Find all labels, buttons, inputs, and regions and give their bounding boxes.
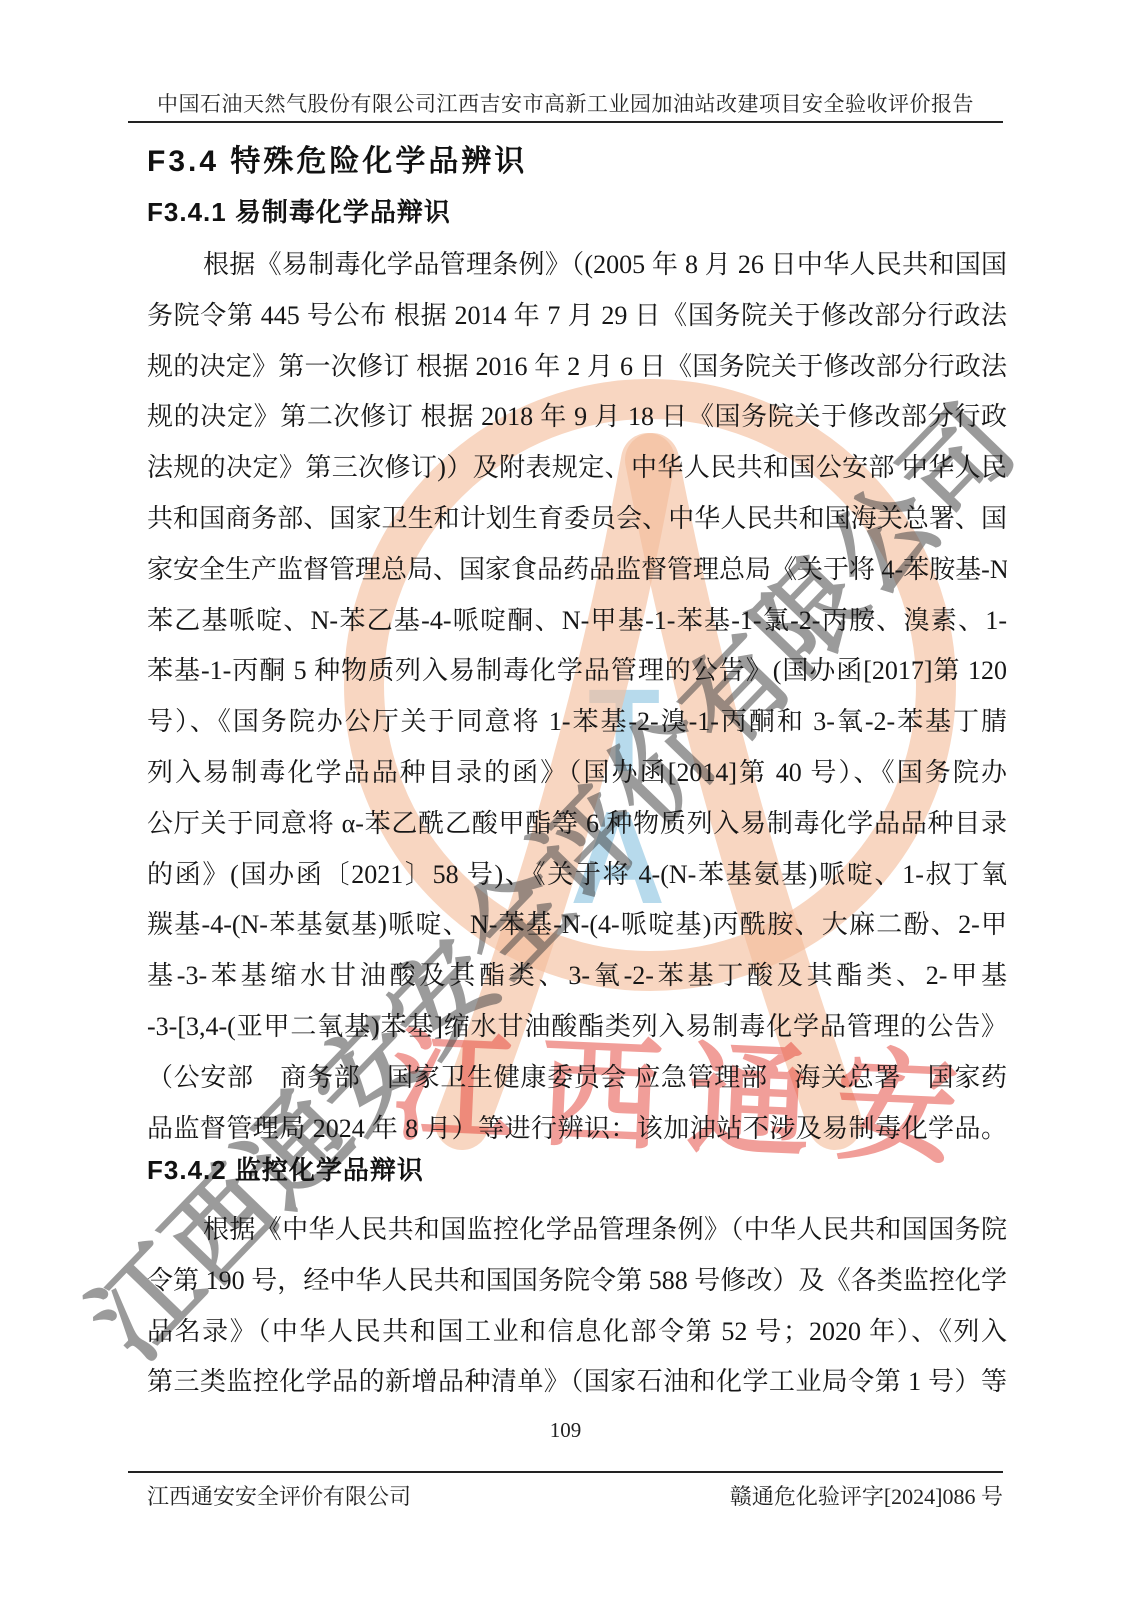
body-line: 号）、《国务院办公厅关于同意将 1-苯基-2-溴-1-丙酮和 3-氧-2-苯基丁… (147, 697, 1007, 748)
body-line: 品名录》（中华人民共和国工业和信息化部令第 52 号；2020 年）、《列入 (147, 1307, 1007, 1358)
body-line: 苯基-1-丙酮 5 种物质列入易制毒化学品管理的公告》(国办函[2017]第 1… (147, 646, 1007, 697)
body-line: 苯乙基哌啶、N-苯乙基-4-哌啶酮、N-甲基-1-苯基-1-氯-2-丙胺、溴素、… (147, 596, 1007, 647)
body-line: 列入易制毒化学品品种目录的函》（国办函[2014]第 40 号）、《国务院办 (147, 748, 1007, 799)
section-heading-f3-4: F3.4 特殊危险化学品辨识 (147, 136, 527, 180)
body-line: 家安全生产监督管理总局、国家食品药品监督管理总局《关于将 4-苯胺基-N- (147, 545, 1007, 596)
header-rule (128, 121, 1003, 123)
sub-heading-f3-4-2: F3.4.2 监控化学品辩识 (147, 1150, 424, 1187)
body-line: 品监督管理局 2024 年 8 月）等进行辨识：该加油站不涉及易制毒化学品。 (147, 1104, 1007, 1155)
body-line: -3-[3,4-(亚甲二氧基)苯基]缩水甘油酸酯类列入易制毒化学品管理的公告》 (147, 1002, 1007, 1053)
paragraph-monitored-chemicals: 根据《中华人民共和国监控化学品管理条例》（中华人民共和国国务院令第 190 号，… (147, 1205, 1007, 1408)
body-line: 根据《中华人民共和国监控化学品管理条例》（中华人民共和国国务院 (147, 1205, 1007, 1256)
body-line: 令第 190 号，经中华人民共和国国务院令第 588 号修改）及《各类监控化学 (147, 1256, 1007, 1307)
page-header-title: 中国石油天然气股份有限公司江西吉安市高新工业园加油站改建项目安全验收评价报告 (128, 88, 1003, 118)
body-line: 规的决定》第二次修订 根据 2018 年 9 月 18 日《国务院关于修改部分行… (147, 392, 1007, 443)
body-line: 第三类监控化学品的新增品种清单》（国家石油和化学工业局令第 1 号）等 (147, 1357, 1007, 1408)
sub-heading-f3-4-1: F3.4.1 易制毒化学品辩识 (147, 192, 451, 229)
body-line: 法规的决定》第三次修订)）及附表规定、中华人民共和国公安部 中华人民 (147, 443, 1007, 494)
body-line: 根据《易制毒化学品管理条例》（(2005 年 8 月 26 日中华人民共和国国 (147, 240, 1007, 291)
body-line: 的函》(国办函〔2021〕58 号)、《关于将 4-(N-苯基氨基)哌啶、1-叔… (147, 850, 1007, 901)
body-line: （公安部 商务部 国家卫生健康委员会 应急管理部 海关总署 国家药 (147, 1053, 1007, 1104)
body-line: 公厅关于同意将 α-苯乙酰乙酸甲酯等 6 种物质列入易制毒化学品品种目录 (147, 799, 1007, 850)
footer-company-name: 江西通安安全评价有限公司 (147, 1480, 411, 1511)
body-line: 羰基-4-(N-苯基氨基)哌啶、N-苯基-N-(4-哌啶基)丙酰胺、大麻二酚、2… (147, 900, 1007, 951)
paragraph-precursor-chemicals: 根据《易制毒化学品管理条例》（(2005 年 8 月 26 日中华人民共和国国务… (147, 240, 1007, 1154)
body-line: 务院令第 445 号公布 根据 2014 年 7 月 29 日《国务院关于修改部… (147, 291, 1007, 342)
page-content: 中国石油天然气股份有限公司江西吉安市高新工业园加油站改建项目安全验收评价报告 F… (0, 0, 1131, 1600)
page-number: 109 (0, 1418, 1131, 1443)
footer-doc-number: 赣通危化验评字[2024]086 号 (730, 1480, 1003, 1511)
footer-rule (128, 1471, 1003, 1473)
body-line: 基-3-苯基缩水甘油酸及其酯类、3-氧-2-苯基丁酸及其酯类、2-甲基 (147, 951, 1007, 1002)
body-line: 规的决定》第一次修订 根据 2016 年 2 月 6 日《国务院关于修改部分行政… (147, 342, 1007, 393)
body-line: 共和国商务部、国家卫生和计划生育委员会、中华人民共和国海关总署、国 (147, 494, 1007, 545)
report-page: T A 江西通安 江西通安安全评价有限公司 中国石油天然气股份有限公司江西吉安市… (0, 0, 1131, 1600)
